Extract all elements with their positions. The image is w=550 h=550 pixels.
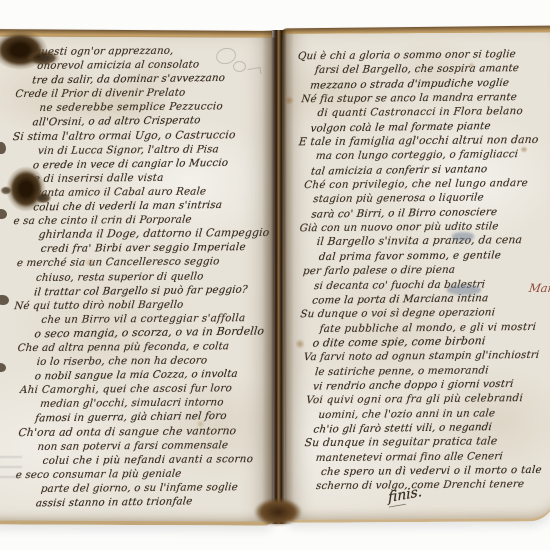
manuscript-photo: che questi ogn'or apprezzano,onorevol am… (0, 0, 550, 550)
foxing-spot (284, 96, 294, 105)
ink-blot (34, 192, 52, 204)
blue-censor-smudge (452, 232, 474, 241)
ink-blot (0, 186, 12, 195)
ghost-bleedthrough-text (0, 452, 22, 486)
right-page-text: Qui è chi a gloria o sommo onor si togli… (298, 47, 550, 494)
foxing-spot (468, 62, 475, 68)
ink-blot (6, 166, 46, 212)
manuscript-line: e merché sia un Cancelleresco seggio (16, 254, 271, 270)
foxing-spot (84, 258, 96, 267)
left-page-text: che questi ogn'or apprezzano,onorevol am… (12, 43, 270, 510)
foxing-spot (520, 146, 528, 153)
pencil-mark (233, 61, 246, 72)
foxing-spot (196, 420, 205, 428)
manuscript-line: assisi stanno in atto trionfale (13, 493, 269, 510)
manuscript-line: scherno di volgo, come Drenchi tenere (301, 477, 550, 494)
margin-note: Mar (528, 281, 550, 295)
foxing-spot (295, 339, 305, 349)
ink-blot (26, 50, 60, 66)
blue-censor-smudge (447, 285, 481, 295)
